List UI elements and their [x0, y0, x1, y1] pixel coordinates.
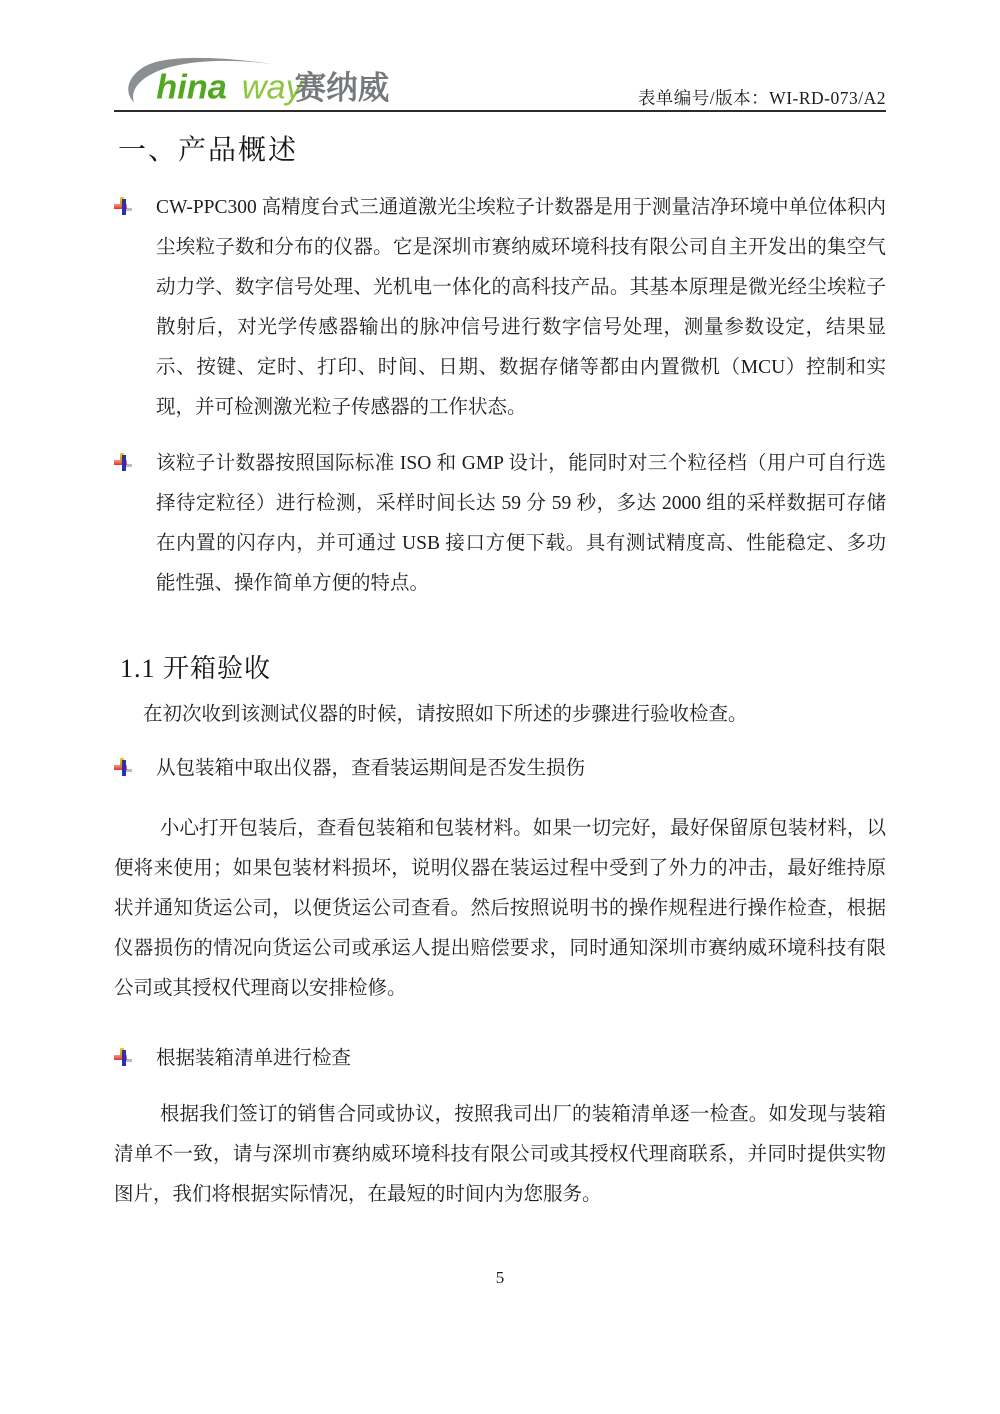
paragraph-product-intro: CW-PPC300 高精度台式三通道激光尘埃粒子计数器是用于测量洁净环境中单位体…: [156, 188, 886, 428]
bullet-packing-list-check: 根据装箱清单进行检查: [156, 1039, 886, 1079]
paragraph-unboxing-intro: 在初次收到该测试仪器的时候，请按照如下所述的步骤进行验收检查。: [114, 695, 886, 735]
doc-code: 表单编号/版本：WI-RD-073/A2: [638, 85, 886, 110]
logo-text-cn: 赛纳威: [295, 70, 390, 106]
paragraph-packaging-check: 小心打开包装后，查看包装箱和包装材料。如果一切完好，最好保留原包装材料，以便将来…: [114, 809, 886, 1009]
document-page: hina way 赛纳威 表单编号/版本：WI-RD-073/A2 一、产品概述…: [0, 0, 1000, 1414]
bullet-take-out-instrument: 从包装箱中取出仪器，查看装运期间是否发生损伤: [156, 749, 886, 789]
bullet-marker-icon: [114, 453, 132, 473]
bullet-marker-icon: [114, 1048, 132, 1068]
bullet-marker-icon: [114, 197, 132, 217]
chinaway-logo: hina way 赛纳威: [114, 56, 414, 108]
bullet-item: 根据装箱清单进行检查: [114, 1039, 886, 1079]
section-title-unboxing: 1.1 开箱验收: [120, 648, 886, 685]
bullet-item: 从包装箱中取出仪器，查看装运期间是否发生损伤: [114, 749, 886, 789]
page-number: 5: [0, 1268, 1000, 1288]
section-title-overview: 一、产品概述: [118, 128, 886, 168]
bullet-item: 该粒子计数器按照国际标准 ISO 和 GMP 设计，能同时对三个粒径档（用户可自…: [114, 444, 886, 604]
page-header: hina way 赛纳威 表单编号/版本：WI-RD-073/A2: [114, 0, 886, 112]
bullet-item: CW-PPC300 高精度台式三通道激光尘埃粒子计数器是用于测量洁净环境中单位体…: [114, 188, 886, 428]
paragraph-standards: 该粒子计数器按照国际标准 ISO 和 GMP 设计，能同时对三个粒径档（用户可自…: [156, 444, 886, 604]
bullet-marker-icon: [114, 758, 132, 778]
logo-text-hina: hina: [156, 69, 227, 107]
paragraph-packing-list-detail: 根据我们签订的销售合同或协议，按照我司出厂的装箱清单逐一检查。如发现与装箱清单不…: [114, 1095, 886, 1215]
